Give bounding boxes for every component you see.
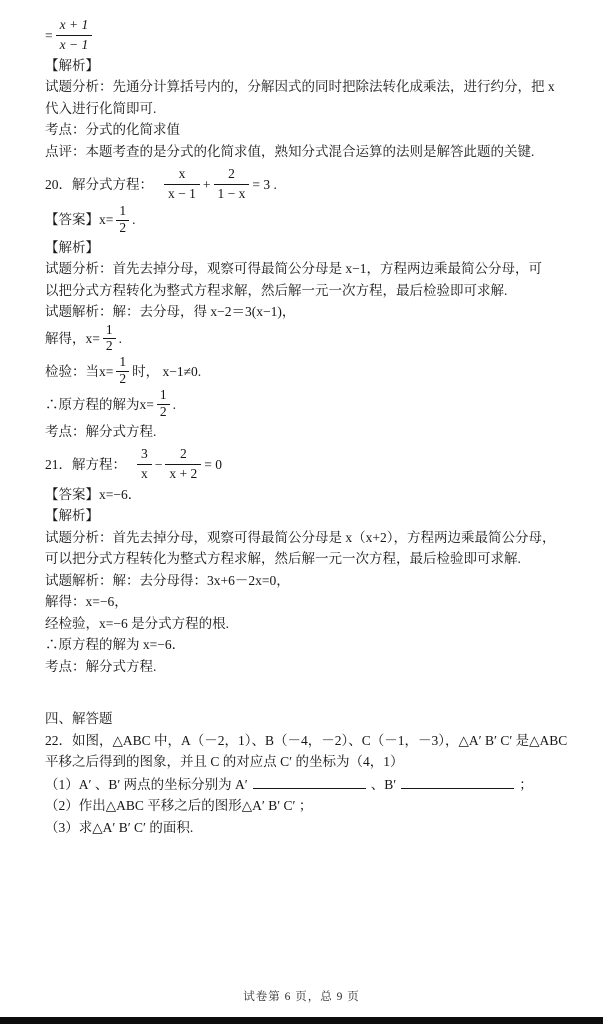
q21-analysis-line1: 试题分析：首先去掉分母，观察可得最简公分母是 x（x+2），方程两边乘最简公分母… bbox=[45, 527, 575, 549]
answer-fraction: 1 2 bbox=[116, 204, 129, 237]
equals-sign: = bbox=[45, 25, 53, 47]
q19-analysis-header: 【解析】 bbox=[45, 55, 575, 77]
conclusion-variable: x= bbox=[140, 394, 154, 416]
q22-part1-prefix: （1）A′ 、B′ 两点的坐标分别为 A′ bbox=[45, 777, 248, 792]
equation-rhs: = 3 . bbox=[252, 174, 277, 196]
exam-page: = x + 1 x − 1 【解析】 试题分析：先通分计算括号内的，分解因式的同… bbox=[0, 0, 603, 1024]
fraction-denominator: 2 bbox=[116, 221, 129, 237]
q20-conclusion: ∴原方程的解为 x= 1 2 . bbox=[45, 388, 575, 421]
q19-result-equation: = x + 1 x − 1 bbox=[45, 18, 575, 53]
q21-fraction-1: 3 x bbox=[137, 447, 152, 482]
fraction-numerator: 1 bbox=[157, 388, 170, 405]
fraction-numerator: 3 bbox=[137, 447, 152, 465]
solve-period: . bbox=[119, 328, 122, 350]
q21-kaodian: 考点：解分式方程. bbox=[45, 656, 575, 678]
q20-question: 20．解分式方程： x x − 1 + 2 1 − x = 3 . bbox=[45, 167, 575, 202]
q20-solution-step: 试题解析：解：去分母，得 x−2＝3(x−1)， bbox=[45, 301, 575, 323]
q21-analysis-line2: 可以把分式方程转化为整式方程求解，然后解一元一次方程，最后检验即可求解. bbox=[45, 548, 575, 570]
q22-part1: （1）A′ 、B′ 两点的坐标分别为 A′、B′； bbox=[45, 773, 575, 796]
fraction-numerator: 1 bbox=[103, 323, 116, 340]
q20-check-line: 检验：当 x= 1 2 时， x−1≠0. bbox=[45, 355, 575, 388]
q20-solve-result: 解得， x= 1 2 . bbox=[45, 323, 575, 356]
fraction-numerator: 1 bbox=[116, 204, 129, 221]
q19-kaodian: 考点：分式的化简求值 bbox=[45, 119, 575, 141]
q22-part1-end: ； bbox=[519, 777, 533, 792]
q19-result-fraction: x + 1 x − 1 bbox=[56, 18, 93, 53]
fraction-denominator: 2 bbox=[116, 372, 129, 388]
q21-solve-result: 解得：x=−6， bbox=[45, 591, 575, 613]
answer-blank-a bbox=[253, 773, 366, 789]
q21-prompt: 21．解方程： bbox=[45, 454, 126, 476]
fraction-numerator: 2 bbox=[214, 167, 250, 185]
fraction-denominator: x bbox=[137, 465, 152, 482]
fraction-denominator: x − 1 bbox=[164, 185, 200, 202]
check-suffix: 时， x−1≠0. bbox=[132, 361, 201, 383]
q20-fraction-2: 2 1 − x bbox=[214, 167, 250, 202]
q21-fraction-2: 2 x + 2 bbox=[165, 447, 201, 482]
page-footer: 试卷第 6 页，总 9 页 bbox=[0, 988, 603, 1004]
q20-analysis-header: 【解析】 bbox=[45, 237, 575, 259]
conclusion-fraction: 1 2 bbox=[157, 388, 170, 421]
conclusion-prefix: ∴原方程的解为 bbox=[45, 394, 140, 416]
q19-dianping: 点评：本题考查的是分式的化简求值，熟知分式混合运算的法则是解答此题的关键. bbox=[45, 141, 575, 163]
fraction-numerator: x + 1 bbox=[56, 18, 93, 36]
scan-edge-bar bbox=[0, 1017, 603, 1024]
q20-prompt: 20．解分式方程： bbox=[45, 174, 153, 196]
q21-solution-step: 试题解析：解：去分母得：3x+6－2x=0， bbox=[45, 570, 575, 592]
answer-label: 【答案】 bbox=[45, 209, 99, 231]
section4-heading: 四、解答题 bbox=[45, 708, 575, 730]
minus-operator: − bbox=[155, 454, 163, 476]
plus-operator: + bbox=[203, 174, 211, 196]
q22-part1-mid: 、B′ bbox=[371, 777, 396, 792]
fraction-denominator: x − 1 bbox=[56, 36, 93, 53]
q22-part3: （3）求△A′ B′ C′ 的面积. bbox=[45, 817, 575, 839]
q22-part2: （2）作出△ABC 平移之后的图形△A′ B′ C′ ； bbox=[45, 795, 575, 817]
q21-question: 21．解方程： 3 x − 2 x + 2 = 0 bbox=[45, 447, 575, 482]
q20-answer: 【答案】 x= 1 2 . bbox=[45, 204, 575, 237]
answer-period: . bbox=[132, 209, 135, 231]
q20-kaodian: 考点：解分式方程. bbox=[45, 421, 575, 443]
q20-analysis-line1: 试题分析：首先去掉分母，观察可得最简公分母是 x−1，方程两边乘最简公分母，可 bbox=[45, 258, 575, 280]
q21-conclusion: ∴原方程的解为 x=−6． bbox=[45, 634, 575, 656]
q20-fraction-1: x x − 1 bbox=[164, 167, 200, 202]
q21-analysis-header: 【解析】 bbox=[45, 505, 575, 527]
equation-rhs: = 0 bbox=[204, 454, 222, 476]
q19-analysis-line2: 代入进行化简即可. bbox=[45, 98, 575, 120]
fraction-denominator: 2 bbox=[103, 339, 116, 355]
q20-analysis-line2: 以把分式方程转化为整式方程求解，然后解一元一次方程，最后检验即可求解. bbox=[45, 280, 575, 302]
answer-blank-b bbox=[401, 773, 514, 789]
fraction-denominator: 2 bbox=[157, 405, 170, 421]
solve-prefix: 解得， bbox=[45, 328, 86, 350]
answer-variable: x= bbox=[99, 209, 113, 231]
check-prefix: 检验：当 bbox=[45, 361, 99, 383]
solve-variable: x= bbox=[86, 328, 100, 350]
fraction-denominator: 1 − x bbox=[214, 185, 250, 202]
fraction-numerator: 1 bbox=[116, 355, 129, 372]
fraction-numerator: x bbox=[164, 167, 200, 185]
check-variable: x= bbox=[99, 361, 113, 383]
q21-check-line: 经检验，x=−6 是分式方程的根. bbox=[45, 613, 575, 635]
q22-line2: 平移之后得到的图象，并且 C 的对应点 C′ 的坐标为（4，1） bbox=[45, 751, 575, 773]
solve-fraction: 1 2 bbox=[103, 323, 116, 356]
check-fraction: 1 2 bbox=[116, 355, 129, 388]
fraction-denominator: x + 2 bbox=[165, 465, 201, 482]
conclusion-period: . bbox=[173, 394, 176, 416]
q19-analysis-line1: 试题分析：先通分计算括号内的，分解因式的同时把除法转化成乘法，进行约分，把 x bbox=[45, 76, 575, 98]
page-content: = x + 1 x − 1 【解析】 试题分析：先通分计算括号内的，分解因式的同… bbox=[0, 0, 603, 838]
q21-answer: 【答案】x=−6． bbox=[45, 484, 575, 506]
fraction-numerator: 2 bbox=[165, 447, 201, 465]
q22-line1: 22．如图，△ABC 中，A（－2，1）、B（－4，－2）、C（－1，－3），△… bbox=[45, 730, 575, 752]
